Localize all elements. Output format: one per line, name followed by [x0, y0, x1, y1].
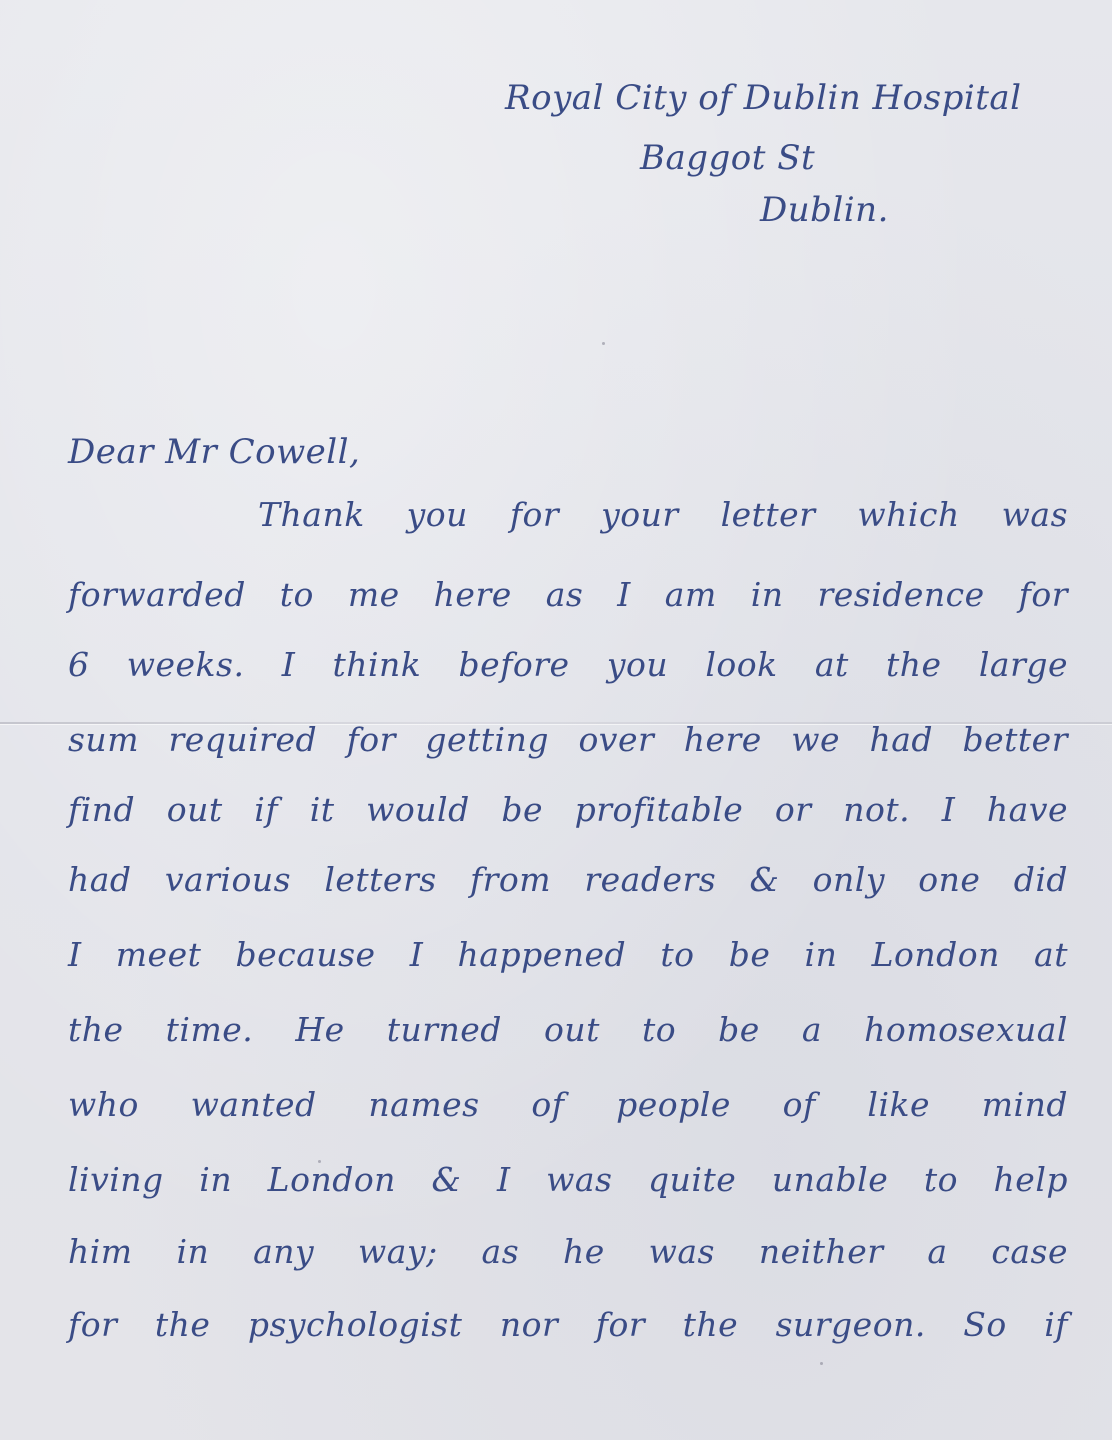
body-line: sum required for getting over here we ha… [68, 720, 1068, 759]
address-line-street: Baggot St [640, 138, 815, 178]
letter-paper: Royal City of Dublin Hospital Baggot St … [0, 0, 1112, 1440]
body-line: for the psychologist nor for the surgeon… [68, 1305, 1068, 1344]
body-line: forwarded to me here as I am in residenc… [68, 575, 1068, 614]
body-line: I meet because I happened to be in Londo… [68, 935, 1068, 974]
paper-speck [820, 1362, 823, 1365]
address-line-city: Dublin. [760, 190, 889, 230]
salutation: Dear Mr Cowell, [68, 432, 360, 472]
body-line: 6 weeks. I think before you look at the … [68, 645, 1068, 684]
body-line: find out if it would be profitable or no… [68, 790, 1068, 829]
body-line: the time. He turned out to be a homosexu… [68, 1010, 1068, 1049]
body-line: had various letters from readers & only … [68, 860, 1068, 899]
address-line-hospital: Royal City of Dublin Hospital [505, 78, 1022, 118]
body-line: living in London & I was quite unable to… [68, 1160, 1068, 1199]
paper-speck [602, 342, 605, 345]
body-line: who wanted names of people of like mind [68, 1085, 1068, 1124]
body-line: him in any way; as he was neither a case [68, 1232, 1068, 1271]
body-line: Thank you for your letter which was [258, 495, 1068, 534]
